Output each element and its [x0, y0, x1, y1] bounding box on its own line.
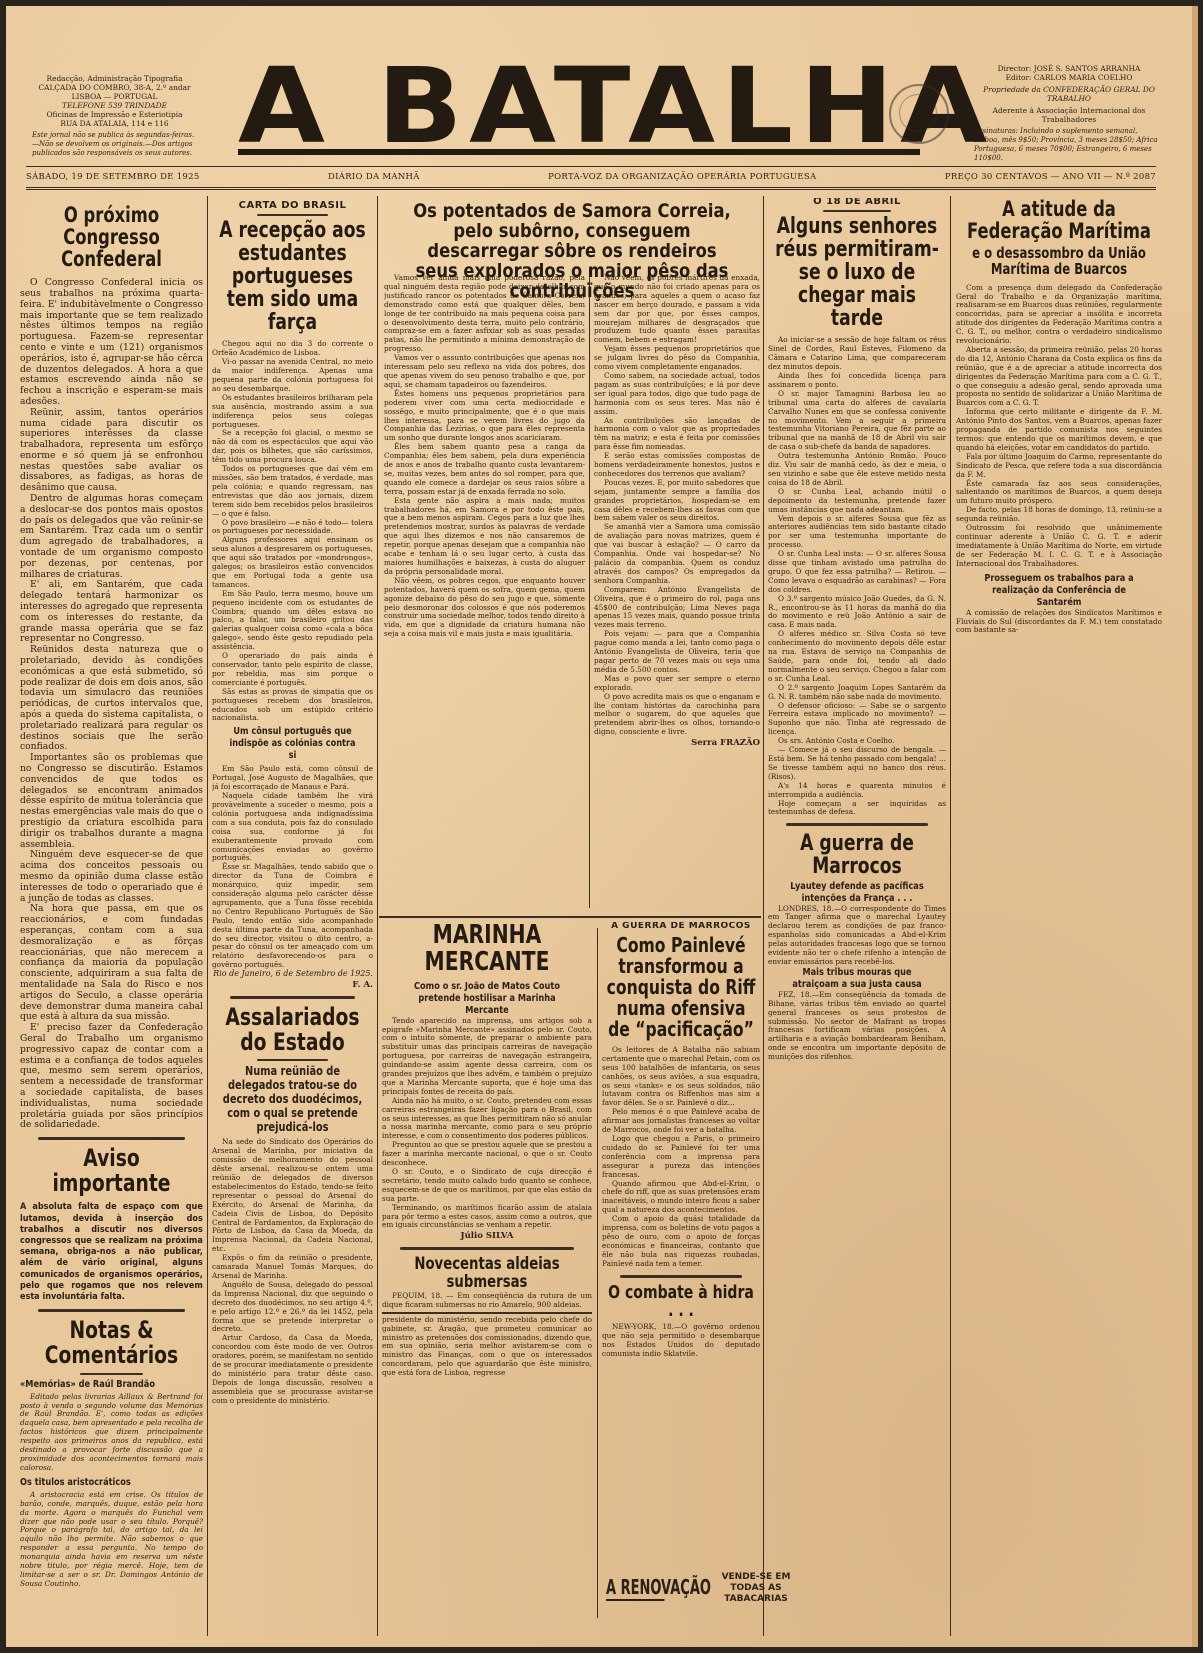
paper-motto: PORTA-VOZ DA ORGANIZAÇÃO OPERÁRIA PORTUG…: [548, 172, 816, 182]
ornament-rule: [786, 823, 928, 826]
short-rule: [257, 1059, 328, 1061]
paragraph: Anguêlo de Sousa, delegado do pessoal da…: [212, 1281, 373, 1334]
headline: O próximo Congresso Confederal: [25, 204, 199, 270]
paragraph: Êste camarada faz aos seus considerações…: [956, 480, 1162, 507]
column-rule: [377, 196, 378, 1636]
imprint-left: Redacção, Administração Tipografia CALÇA…: [32, 74, 197, 158]
paragraph: Mas o povo quer ser sempre o eterno expl…: [594, 675, 760, 693]
article-body: Na sede do Sindicato dos Operários do Ar…: [212, 1138, 373, 1405]
article-body: NEW-YORK, 18.—O govêrno ordenou que não …: [602, 1323, 760, 1359]
paragraph: Êsse sr. Magalhães, tendo sabido que o d…: [212, 863, 373, 970]
headline-guerra-marrocos: A guerra de Marrocos: [772, 832, 942, 878]
article-marinha: MARINHA MERCANTE Como o sr. João de Mato…: [382, 922, 592, 1622]
article-samora-right: Não vêem, os pobres mártires da enxada, …: [594, 274, 760, 914]
paragraph: De facto, pelas 18 horas de domingo, 13,…: [956, 506, 1162, 524]
note-title: Os titulos aristocráticos: [20, 1477, 170, 1489]
paragraph: Ainda lhes foi concedida licença para as…: [768, 372, 946, 390]
dateline-bar: SÁBADO, 19 DE SETEMBRO DE 1925 DIÁRIO DA…: [26, 166, 1156, 190]
paragraph: O alferes médico sr. Silva Costa só teve…: [768, 630, 946, 683]
short-rule: [257, 214, 328, 216]
imprint-city: LISBOA — PORTUGAL: [32, 92, 197, 101]
paragraph: Pois vejam: — para que a Companhia pague…: [594, 630, 760, 675]
paragraph: Artur Cardoso, da Casa da Moeda, concord…: [212, 1334, 373, 1405]
director: Director: JOSÉ S. SANTOS ARRANHA: [974, 64, 1164, 73]
paragraph: Aberta a sessão, da primeira reünião, pe…: [956, 346, 1162, 408]
paragraph: O 2.º sargento Joaquim Lopes Santarém da…: [768, 684, 946, 702]
paragraph: Em São Paulo, terra mesmo, houve um pequ…: [212, 590, 373, 652]
note-title: «Memórias» de Raúl Brandão: [20, 1379, 170, 1391]
paragraph: Hoje começam a ser inquiridas as testemu…: [768, 800, 946, 818]
paragraph: As contribuïções são lançadas de harmoni…: [594, 417, 760, 453]
paragraph: Preguntou ao que se prestou aquele que s…: [382, 1141, 592, 1168]
paragraph: A's 14 horas e quarenta minutos é interr…: [768, 782, 946, 800]
column-rule: [597, 928, 598, 1618]
article-samora-left: Vamos ver ainda mais uma poderosa razão,…: [384, 274, 585, 914]
paragraph: Em São Paulo está, como cônsul de Portug…: [212, 765, 373, 792]
headline: MARINHA MERCANTE: [390, 922, 585, 977]
section-rule: [379, 916, 761, 918]
ad-brand: A RENOVAÇÃO: [606, 1575, 665, 1601]
paragraph: Ao iniciar-se a sessão de hoje faltam os…: [768, 336, 946, 372]
editor: Editor: CARLOS MARIA COELHO: [974, 73, 1164, 82]
paragraph: Dentro de algumas horas começam a desloc…: [20, 494, 203, 580]
paragraph: Terminando, os marítimos ficarão assim d…: [382, 1204, 592, 1231]
article-body: Em São Paulo está, como cônsul de Portug…: [212, 765, 373, 970]
headline-aviso: Aviso importante: [25, 1146, 199, 1196]
article-body: O Congresso Confederal inicia os seus tr…: [20, 278, 203, 1131]
newspaper-page: Redacção, Administração Tipografia CALÇA…: [6, 6, 1198, 1647]
kicker: CARTA DO BRASIL: [212, 202, 373, 211]
subheadline: Lyautey defende as pacíficas intenções d…: [784, 881, 930, 905]
paragraph: Quando afirmou que Abd-el-Krim, o chefe …: [602, 1180, 760, 1216]
headline-assalariados: Assalariados do Estado: [214, 1005, 371, 1055]
logo-underline: [238, 149, 920, 155]
paragraph: — Comece já o seu discurso de bengala. —…: [768, 746, 946, 782]
section-rule: [382, 1312, 592, 1314]
headline: Como Painlevé transformou a conquista do…: [604, 935, 758, 1040]
article-body: LONDRES, 18.—O correspondente do Times e…: [768, 905, 946, 967]
dateline: Rio de Janeiro, 6 de Setembro de 1925.: [212, 970, 373, 979]
signature: F. A.: [212, 981, 373, 990]
subheadline: Prosseguem os trabalhos para a realizaçã…: [975, 573, 1144, 609]
masthead: Redacção, Administração Tipografia CALÇA…: [6, 6, 1192, 181]
imprint-right: Director: JOSÉ S. SANTOS ARRANHA Editor:…: [974, 64, 1164, 163]
article-congresso: O próximo Congresso Confederal O Congres…: [20, 198, 203, 1638]
column-rule: [763, 196, 764, 1636]
note-body: Editado pelas livrarias Aillaux & Bertra…: [20, 1393, 203, 1473]
paragraph: Fala por último Joaquim do Carmo, repres…: [956, 453, 1162, 480]
paragraph: Logo que chegou a Paris, o primeiro cuid…: [602, 1135, 760, 1180]
paragraph: Esta gente não aspira a mais nada; muito…: [384, 497, 585, 577]
imprint-workshops: Oficinas de Impressão e Esteriotipia: [32, 110, 197, 119]
paragraph: Se amanhã vier a Samora uma comissão de …: [594, 523, 760, 585]
article-federacao: A atitude da Federação Marítima e o desa…: [956, 198, 1162, 1638]
paragraph: Pelo menos é o que Painlevé acaba de afi…: [602, 1108, 760, 1135]
paragraph: Vamos ver o assunto contribuições que ap…: [384, 354, 585, 390]
article-body: Ao iniciar-se a sessão de hoje faltam os…: [768, 336, 946, 817]
paragraph: Se a recepção foi glacial, o mesmo se nã…: [212, 429, 373, 465]
paragraph: O 3.º sargento músico João Guedes, da G.…: [768, 595, 946, 631]
article-body: FEZ, 18.—Em conseqüência da tomada de Bi…: [768, 991, 946, 1062]
paragraph: Com a presença dum delegado da Confedera…: [956, 284, 1162, 346]
short-rule: [80, 1373, 143, 1375]
note-body: A aristocracia está em crise. Os titulos…: [20, 1491, 203, 1589]
affiliation: Aderente à Associação Internacional dos …: [974, 106, 1164, 124]
kicker: A GUERRA DE MARROCOS: [602, 922, 760, 931]
imprint-phone: TELEFONE 539 TRINDADE: [32, 101, 197, 110]
subheadline: Numa reünião de delegados tratou-se do d…: [218, 1064, 366, 1134]
paragraph: Como sabem, na sociedade actual, todos p…: [594, 372, 760, 417]
article-body: PEQUIM, 18. — Em conseqüência da rutura …: [382, 1292, 592, 1310]
article-body: Chegou aqui no dia 3 do corrente o Orfeã…: [212, 340, 373, 723]
ornament-rule: [38, 1137, 185, 1140]
paragraph: Tendo aparecido na imprensa, uns artigos…: [382, 1017, 592, 1097]
headline-hidra: O combate à hidra . . .: [604, 1284, 758, 1322]
paragraph: Na hora que passa, em que os reaccionári…: [20, 904, 203, 1023]
column-rule: [950, 196, 951, 1636]
paragraph: O defensor oficioso: — Sabe se o sargent…: [768, 702, 946, 738]
paragraph: Não vêem, os pobres cegos, que enquanto …: [384, 577, 585, 639]
column-rule: [589, 268, 590, 908]
paragraph: Informa que certo militante e dirigente …: [956, 408, 1162, 453]
paragraph: Vi-o passar na avenida Central, no meio …: [212, 358, 373, 394]
paragraph: Reünidos desta natureza que o proletaria…: [20, 645, 203, 753]
ornament-rule: [620, 1275, 742, 1278]
paragraph: Os leitores de A Batalha não sabiam cert…: [602, 1046, 760, 1108]
short-rule: [823, 210, 891, 212]
paragraph: O operariado do país ainda é conservador…: [212, 652, 373, 688]
stamp-seal-icon: [889, 84, 949, 144]
imprint-line: Redacção, Administração Tipografia: [32, 74, 197, 83]
imprint-address: CALÇADA DO COMBRO, 38-A, 2.º andar: [32, 83, 197, 92]
paragraph: O sr. major Tamagnini Barbosa leu ao tri…: [768, 390, 946, 452]
subheadline: Um cônsul português que indispõe as coló…: [226, 726, 358, 762]
imprint-workshop-address: RUA DA ATALAIA, 114 e 116: [32, 119, 197, 128]
subheadline: Como o sr. João de Matos Couto pretende …: [401, 981, 573, 1017]
paragraph: Outrossim foi resolvido que unânimemente…: [956, 524, 1162, 569]
notice-body: A absoluta falta de espaço com que lutam…: [20, 1202, 203, 1303]
newspaper-logo: A BATALHA: [238, 58, 993, 154]
article-body: Tendo aparecido na imprensa, uns artigos…: [382, 1017, 592, 1231]
ornament-rule: [38, 1309, 185, 1312]
ornament-rule: [400, 1247, 574, 1250]
article-body: A comissão de relações dos Sindicatos Ma…: [956, 609, 1162, 636]
article-body: Vamos ver ainda mais uma poderosa razão,…: [384, 274, 585, 639]
article-carta-brasil: CARTA DO BRASIL A recepção aos estudante…: [212, 198, 373, 1638]
paragraph: Vem depois o sr. alferes Sousa que fêz a…: [768, 515, 946, 551]
paragraph: O sr. Cunha Leal insta: — O sr. alferes …: [768, 550, 946, 595]
article-body: Os leitores de A Batalha não sabiam cert…: [602, 1046, 760, 1269]
signature: Júlio SILVA: [382, 1232, 592, 1241]
imprint-note: Este jornal não se publica às segundas-f…: [32, 131, 197, 158]
paragraph: E serão estas comissões compostas de hom…: [594, 452, 760, 479]
paragraph: Importantes são os problemas que no Cong…: [20, 753, 203, 850]
ornament-rule: [230, 996, 355, 999]
paragraph: Ninguém deve esquecer-se de que acima do…: [20, 850, 203, 904]
paragraph: Comparem: António Evangelista de Oliveir…: [594, 586, 760, 631]
paragraph: Êstes homens uns pequenos proprietários …: [384, 390, 585, 443]
paragraph: Sãs estas as provas de simpatia que os p…: [212, 688, 373, 724]
paragraph: Com o apoio da quási totalidade da impre…: [602, 1215, 760, 1268]
paragraph: O povo acredita mais os que o enganam e …: [594, 693, 760, 738]
paragraph: O povo brasileiro —e não é todo— tolera …: [212, 519, 373, 537]
paragraph: Poucas vezes. E, por muito sabedores que…: [594, 479, 760, 524]
paragraph: Outra testemunha António Romão. Pouco di…: [768, 452, 946, 488]
paragraph: Não vêem, os pobres mártires da enxada, …: [594, 274, 760, 345]
paragraph: O sr. Couto, e o Sindicato de cuja direc…: [382, 1168, 592, 1204]
kicker: O 18 DE ABRIL: [768, 198, 946, 207]
headline: A atitude da Federação Marítima: [963, 198, 1155, 242]
issue-date: SÁBADO, 19 DE SETEMBRO DE 1925: [26, 172, 200, 182]
paragraph: O Congresso Confederal inicia os seus tr…: [20, 278, 203, 408]
paragraph: E' preciso fazer da Confederação Geral d…: [20, 1023, 203, 1131]
issue-price: PREÇO 30 CENTAVOS — ANO VII — N.º 2087: [945, 172, 1156, 182]
paragraph: Expôs o fim da reünião o presidente, cam…: [212, 1254, 373, 1281]
article-18-abril: O 18 DE ABRIL Alguns senhores réus permi…: [768, 198, 946, 1638]
paragraph: Vejam êsses pequenos proprietários que s…: [594, 345, 760, 372]
article-painleve: A GUERRA DE MARROCOS Como Painlevé trans…: [602, 922, 760, 1622]
notes-list: «Memórias» de Raúl BrandãoEditado pelas …: [20, 1379, 203, 1589]
owner: Propriedade da CONFEDERAÇÃO GERAL DO TRA…: [974, 85, 1164, 103]
paragraph: Na sede do Sindicato dos Operários do Ar…: [212, 1138, 373, 1254]
paragraph: Reünir, assim, tantos operários numa cid…: [20, 408, 203, 494]
paragraph: Vamos ver ainda mais uma poderosa razão,…: [384, 274, 585, 354]
paragraph: Naquela cidade também lhe virá provàvelm…: [212, 792, 373, 863]
article-body: Com a presença dum delegado da Confedera…: [956, 284, 1162, 569]
paragraph: Os estudantes brasileiros brilharam pela…: [212, 394, 373, 430]
paper-subtitle: DIÁRIO DA MANHÃ: [328, 172, 420, 182]
continued-body: presidente do ministério, sendo recebida…: [382, 1316, 592, 1378]
paragraph: Chegou aqui no dia 3 do corrente o Orfeã…: [212, 340, 373, 358]
paragraph: Alguns professores aqui ensinam os seus …: [212, 536, 373, 589]
headline-aldeias: Novecentas aldeias submersas: [390, 1256, 585, 1292]
paragraph: E' ali, em Santarém, que cada delegado t…: [20, 580, 203, 645]
paragraph: Êles bem sabem quanto pesa a canga da Co…: [384, 443, 585, 496]
subheadline: Mais tribus mouras que atraiçoam a sua j…: [784, 967, 930, 991]
paragraph: Todos os portugueses que daí vêm em miss…: [212, 465, 373, 518]
headline-notas: Notas & Comentários: [25, 1318, 199, 1368]
paragraph: Ainda não há muito, o sr. Couto, pretend…: [382, 1097, 592, 1142]
article-body: Não vêem, os pobres mártires da enxada, …: [594, 274, 760, 737]
headline: Alguns senhores réus permitiram-se o lux…: [772, 215, 942, 330]
signature: Serra FRAZÃO: [594, 739, 760, 748]
column-rule: [207, 196, 208, 1636]
subscriptions: Assinaturas: Incluindo o suplemento sema…: [974, 127, 1164, 163]
paragraph: O sr. Cunha Leal, achando inútil o depoi…: [768, 488, 946, 515]
subheadline: e o desassombro da União Marítima de Bua…: [971, 246, 1147, 278]
headline: A recepção aos estudantes portugueses te…: [214, 219, 371, 334]
